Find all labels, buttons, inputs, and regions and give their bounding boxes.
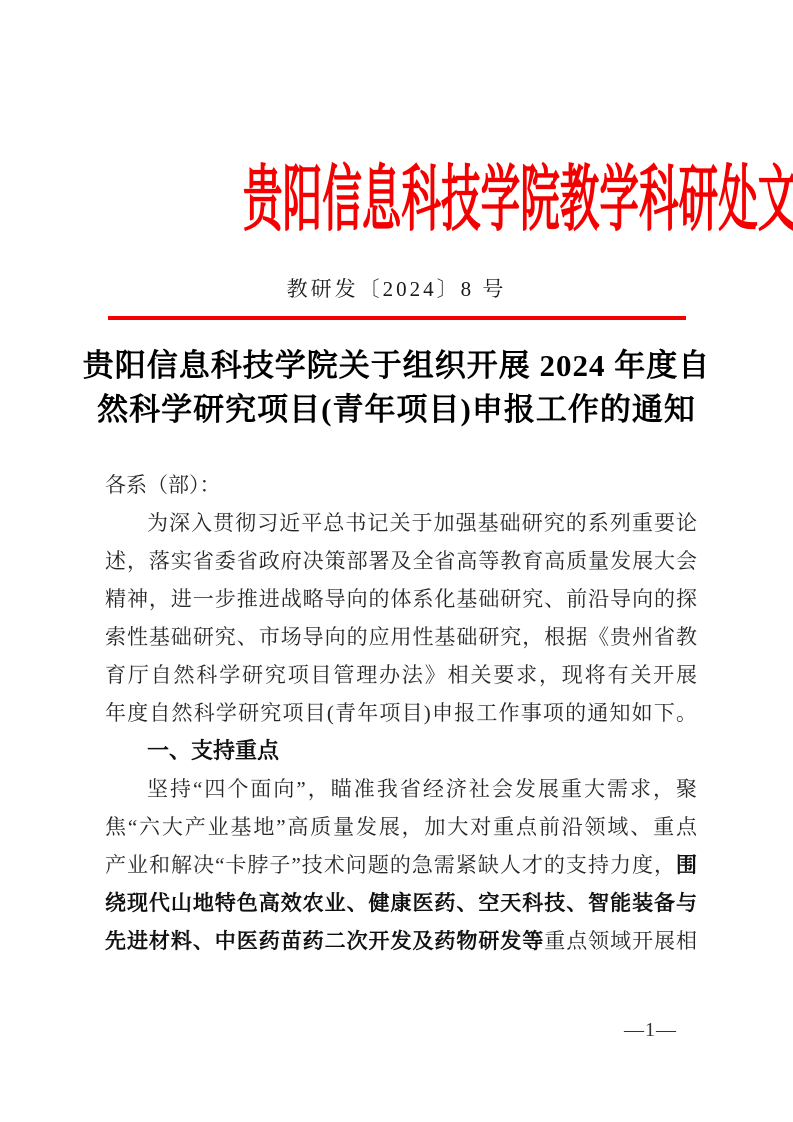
paragraph2-line5-normal: 重点领域开展相 <box>544 929 697 953</box>
paragraph1-line2: 述，落实省委省政府决策部署及全省高等教育高质量发展大会 <box>105 542 697 580</box>
document-title-line2: 然科学研究项目(青年项目)申报工作的通知 <box>0 388 793 432</box>
salutation: 各系（部）： <box>105 466 697 504</box>
paragraph1-line6: 年度自然科学研究项目(青年项目)申报工作事项的通知如下。 <box>105 694 697 732</box>
page-number: —1— <box>624 1016 677 1044</box>
red-divider-rule <box>108 316 686 320</box>
paragraph1-line3: 精神，进一步推进战略导向的体系化基础研究、前沿导向的探 <box>105 580 697 618</box>
paragraph2-line3: 产业和解决“卡脖子”技术问题的急需紧缺人才的支持力度，围 <box>105 846 697 884</box>
document-title-line1: 贵阳信息科技学院关于组织开展 2024 年度自 <box>0 344 793 388</box>
paragraph2-line5-bold: 先进材料、中医药苗药二次开发及药物研发等 <box>105 929 544 953</box>
paragraph2-line1: 坚持“四个面向”，瞄准我省经济社会发展重大需求，聚 <box>105 770 697 808</box>
document-title: 贵阳信息科技学院关于组织开展 2024 年度自 然科学研究项目(青年项目)申报工… <box>0 344 793 432</box>
paragraph2-line4-bold: 绕现代山地特色高效农业、健康医药、空天科技、智能装备与 <box>105 884 697 922</box>
document-page: 贵阳信息科技学院教学科研处文件 教研发〔2024〕8 号 贵阳信息科技学院关于组… <box>0 0 793 1122</box>
document-body: 各系（部）： 为深入贯彻习近平总书记关于加强基础研究的系列重要论 述，落实省委省… <box>105 466 697 960</box>
paragraph2-line5: 先进材料、中医药苗药二次开发及药物研发等重点领域开展相 <box>105 922 697 960</box>
paragraph1-line4: 索性基础研究、市场导向的应用性基础研究，根据《贵州省教 <box>105 618 697 656</box>
paragraph1-line1: 为深入贯彻习近平总书记关于加强基础研究的系列重要论 <box>105 504 697 542</box>
document-number: 教研发〔2024〕8 号 <box>0 272 793 306</box>
section1-heading: 一、支持重点 <box>105 732 697 770</box>
paragraph2-line3-bold: 围 <box>676 853 697 877</box>
letterhead-title: 贵阳信息科技学院教学科研处文件 <box>243 152 793 248</box>
paragraph1-line5: 育厅自然科学研究项目管理办法》相关要求，现将有关开展 2024 <box>105 656 697 694</box>
letterhead-banner: 贵阳信息科技学院教学科研处文件 <box>0 152 793 248</box>
paragraph2-line3-normal: 产业和解决“卡脖子”技术问题的急需紧缺人才的支持力度， <box>105 853 676 877</box>
paragraph2-line2: 焦“六大产业基地”高质量发展，加大对重点前沿领域、重点 <box>105 808 697 846</box>
